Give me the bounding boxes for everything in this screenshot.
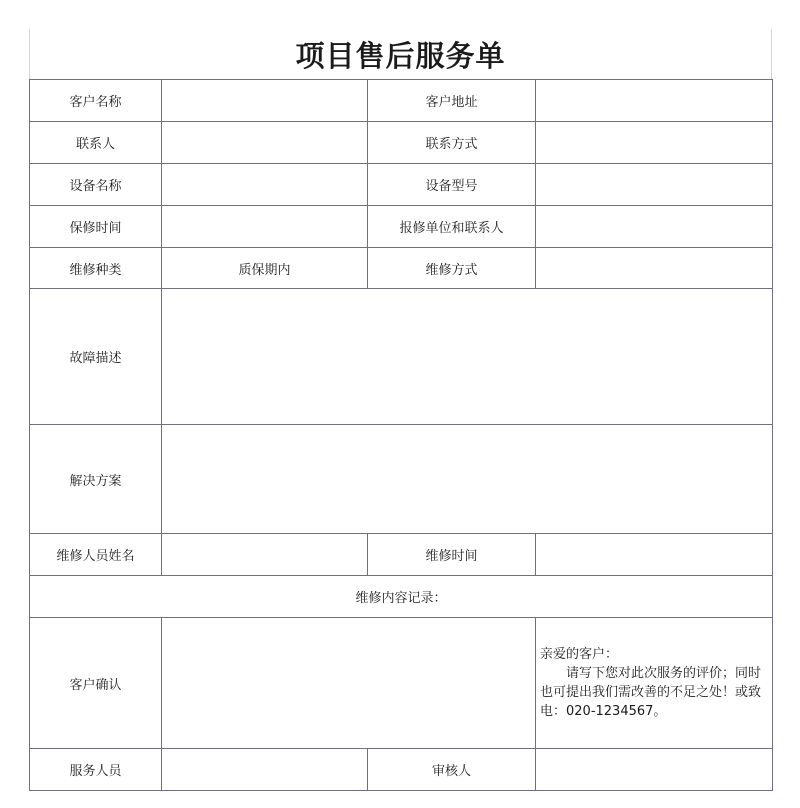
reviewer-field[interactable] — [536, 749, 773, 791]
warranty-time-field[interactable] — [162, 206, 368, 248]
table-row: 服务人员 审核人 — [30, 749, 773, 791]
table-row: 维修内容记录： — [30, 576, 773, 618]
table-row: 客户确认 亲爱的客户： 请写下您对此次服务的评价；同时也可提出我们需改善的不足之… — [30, 618, 773, 749]
customer-note-greeting: 亲爱的客户： — [540, 647, 618, 662]
table-row: 联系人 联系方式 — [30, 122, 773, 164]
page-title: 项目售后服务单 — [295, 34, 505, 75]
repair-type-label: 维修种类 — [30, 248, 162, 289]
customer-note-body: 请写下您对此次服务的评价；同时也可提出我们需改善的不足之处！或致电：020-12… — [540, 664, 768, 721]
contact-method-field[interactable] — [536, 122, 773, 164]
repair-type-field[interactable]: 质保期内 — [162, 248, 368, 289]
table-row: 保修时间 报修单位和联系人 — [30, 206, 773, 248]
device-model-label: 设备型号 — [368, 164, 536, 206]
repair-time-label: 维修时间 — [368, 534, 536, 576]
report-unit-field[interactable] — [536, 206, 773, 248]
service-staff-label: 服务人员 — [30, 749, 162, 791]
contact-method-label: 联系方式 — [368, 122, 536, 164]
customer-confirm-label: 客户确认 — [30, 618, 162, 749]
table-row: 故障描述 — [30, 289, 773, 425]
table-row: 维修人员姓名 维修时间 — [30, 534, 773, 576]
table-row: 维修种类 质保期内 维修方式 — [30, 248, 773, 289]
repair-method-label: 维修方式 — [368, 248, 536, 289]
fault-description-field[interactable] — [162, 289, 773, 425]
contact-field[interactable] — [162, 122, 368, 164]
table-row: 客户名称 客户地址 — [30, 80, 773, 122]
repair-method-field[interactable] — [536, 248, 773, 289]
device-name-label: 设备名称 — [30, 164, 162, 206]
table-row: 设备名称 设备型号 — [30, 164, 773, 206]
customer-note: 亲爱的客户： 请写下您对此次服务的评价；同时也可提出我们需改善的不足之处！或致电… — [536, 618, 773, 749]
fault-description-label: 故障描述 — [30, 289, 162, 425]
repair-staff-label: 维修人员姓名 — [30, 534, 162, 576]
customer-name-field[interactable] — [162, 80, 368, 122]
warranty-time-label: 保修时间 — [30, 206, 162, 248]
service-staff-field[interactable] — [162, 749, 368, 791]
customer-name-label: 客户名称 — [30, 80, 162, 122]
device-name-field[interactable] — [162, 164, 368, 206]
table-row: 解决方案 — [30, 425, 773, 534]
customer-address-label: 客户地址 — [368, 80, 536, 122]
repair-record-label: 维修内容记录： — [30, 576, 773, 618]
contact-label: 联系人 — [30, 122, 162, 164]
report-unit-label: 报修单位和联系人 — [368, 206, 536, 248]
title-row: 项目售后服务单 — [29, 29, 772, 79]
form-table: 客户名称 客户地址 联系人 联系方式 设备名称 设备型号 保修时间 报修单位和联… — [29, 79, 773, 791]
customer-address-field[interactable] — [536, 80, 773, 122]
repair-time-field[interactable] — [536, 534, 773, 576]
solution-label: 解决方案 — [30, 425, 162, 534]
reviewer-label: 审核人 — [368, 749, 536, 791]
solution-field[interactable] — [162, 425, 773, 534]
repair-staff-field[interactable] — [162, 534, 368, 576]
customer-confirm-field[interactable] — [162, 618, 536, 749]
device-model-field[interactable] — [536, 164, 773, 206]
service-form: 项目售后服务单 客户名称 客户地址 联系人 联系方式 设备名称 设备型号 保修时… — [29, 29, 772, 791]
